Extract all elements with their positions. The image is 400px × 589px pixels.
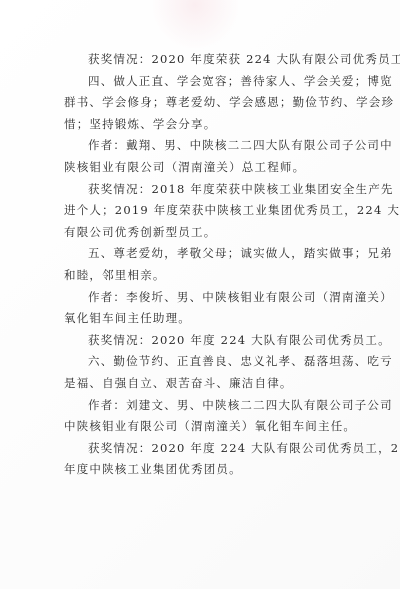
text-line: 作者：戴翔、男、中陕核二二四大队有限公司子公司中 bbox=[64, 135, 348, 157]
text-line: 和睦，邻里相亲。 bbox=[64, 265, 348, 287]
text-line: 六、勤俭节约、正直善良、忠义礼孝、磊落坦荡、吃亏 bbox=[64, 351, 348, 373]
text-line: 有限公司优秀创新型员工。 bbox=[64, 222, 348, 244]
text-line: 群书、学会修身；尊老爱幼、学会感恩；勤俭节约、学会珍 bbox=[64, 92, 348, 114]
text-line: 惜；坚持锻炼、学会分享。 bbox=[64, 114, 348, 136]
text-line: 年度中陕核工业集团优秀团员。 bbox=[64, 459, 348, 481]
text-line: 五、尊老爱幼，孝敬父母；诚实做人，踏实做事；兄弟 bbox=[64, 243, 348, 265]
text-line: 作者：李俊圻、男、中陕核钼业有限公司（渭南潼关） bbox=[64, 287, 348, 309]
text-line: 作者：刘建文、男、中陕核二二四大队有限公司子公司 bbox=[64, 395, 348, 417]
text-line: 氧化钼车间主任助理。 bbox=[64, 308, 348, 330]
text-line: 获奖情况：2020 年度 224 大队有限公司优秀员工，2020 bbox=[64, 438, 348, 460]
text-line: 是福、自强自立、艰苦奋斗、廉洁自律。 bbox=[64, 373, 348, 395]
text-line: 获奖情况：2020 年度 224 大队有限公司优秀员工。 bbox=[64, 330, 348, 352]
text-line: 获奖情况：2020 年度荣获 224 大队有限公司优秀员工。 bbox=[64, 49, 348, 71]
document-page: 获奖情况：2020 年度荣获 224 大队有限公司优秀员工。 四、做人正直、学会… bbox=[0, 0, 400, 589]
text-line: 四、做人正直、学会宽容；善待家人、学会关爱；博览 bbox=[64, 71, 348, 93]
faint-stamp-mark bbox=[150, 0, 240, 50]
text-line: 中陕核钼业有限公司（渭南潼关）氧化钼车间主任。 bbox=[64, 416, 348, 438]
text-line: 进个人；2019 年度荣获中陕核工业集团优秀员工，224 大队 bbox=[64, 200, 348, 222]
text-line: 获奖情况：2018 年度荣获中陕核工业集团安全生产先 bbox=[64, 179, 348, 201]
text-line: 陕核钼业有限公司（渭南潼关）总工程师。 bbox=[64, 157, 348, 179]
document-body: 获奖情况：2020 年度荣获 224 大队有限公司优秀员工。 四、做人正直、学会… bbox=[64, 49, 348, 481]
